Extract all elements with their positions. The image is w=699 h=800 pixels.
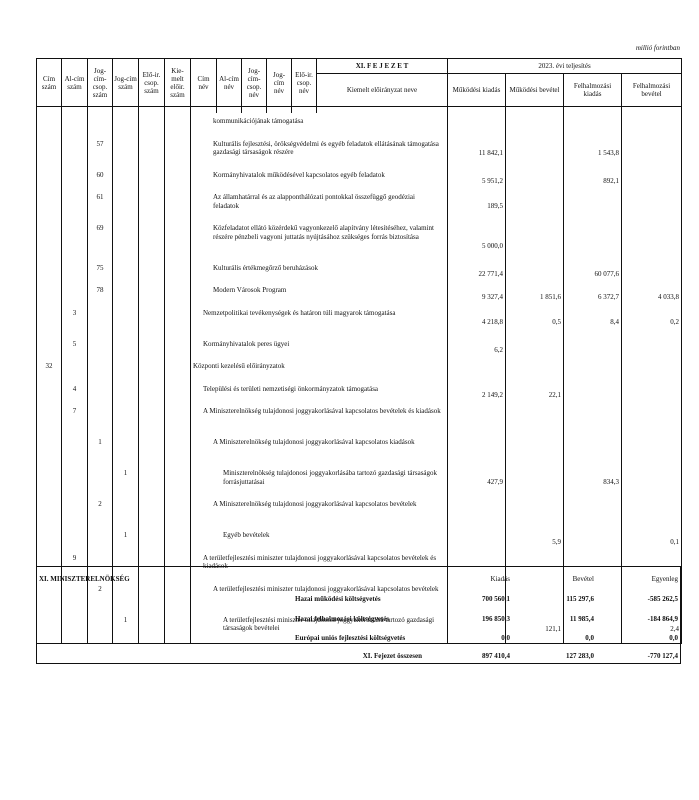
cell-jogcim-szam xyxy=(113,260,139,283)
cell-item-name: Kormányhivatalok peres ügyei xyxy=(191,336,448,359)
cell-felhalmozasi-bevetel: 0,2 xyxy=(622,305,682,336)
cell-mukodesi-kiadas xyxy=(448,403,506,434)
cell-felhalmozasi-bevetel xyxy=(622,358,682,381)
cell-mukodesi-bevetel: 1 851,6 xyxy=(506,282,564,305)
cell-jogcim-szam xyxy=(113,136,139,167)
cell-jogcim-szam xyxy=(113,113,139,136)
cell-kiemelt-szam xyxy=(165,465,191,496)
cell-alcim-szam xyxy=(62,260,88,283)
cell-mukodesi-kiadas xyxy=(448,434,506,465)
cell-mukodesi-kiadas xyxy=(448,358,506,381)
cell-alcim-szam: 4 xyxy=(62,381,88,404)
cell-jogcim-szam xyxy=(113,358,139,381)
col-header-eloircsop-szam: Elő-ir. csop. szám xyxy=(139,59,165,107)
cell-cim-szam xyxy=(37,113,62,136)
cell-eloircsop-szam xyxy=(139,136,165,167)
cell-mukodesi-bevetel xyxy=(506,358,564,381)
table-row: 1A Miniszterelnökség tulajdonosi joggyak… xyxy=(37,434,682,465)
cell-felhalmozasi-bevetel xyxy=(622,260,682,283)
cell-felhalmozasi-bevetel xyxy=(622,167,682,190)
cell-jogcimcsop-szam xyxy=(88,403,113,434)
summary-label: Hazai felhalmozási költségvetés xyxy=(295,615,389,623)
cell-alcim-szam xyxy=(62,136,88,167)
table-row: 5Kormányhivatalok peres ügyei6,2 xyxy=(37,336,682,359)
cell-felhalmozasi-kiadas xyxy=(564,403,622,434)
cell-eloircsop-szam xyxy=(139,527,165,550)
col-header-jogcim-szam: Jog-cím szám xyxy=(113,59,139,107)
cell-felhalmozasi-bevetel xyxy=(622,434,682,465)
col-header-jogcimcsop-nev: Jog-cím-csop. név xyxy=(242,59,267,107)
summary-bevetel: 115 297,6 xyxy=(514,595,594,603)
cell-eloircsop-szam xyxy=(139,305,165,336)
cell-kiemelt-szam xyxy=(165,434,191,465)
table-row: 75Kulturális értékmegőrző beruházások22 … xyxy=(37,260,682,283)
cell-item-name: Miniszterelnökség tulajdonosi joggyakorl… xyxy=(191,465,448,496)
cell-eloircsop-szam xyxy=(139,434,165,465)
cell-mukodesi-bevetel xyxy=(506,260,564,283)
summary-header-egyenleg: Egyenleg xyxy=(598,575,678,583)
cell-alcim-szam xyxy=(62,113,88,136)
cell-item-name: Kulturális fejlesztési, örökségvédelmi é… xyxy=(191,136,448,167)
cell-jogcim-szam xyxy=(113,336,139,359)
col-header-jogcimcsop-szam: Jog-cím-csop. szám xyxy=(88,59,113,107)
col-header-felhalmozasi-bevetel: Felhalmozási bevétel xyxy=(622,74,682,107)
cell-alcim-szam: 7 xyxy=(62,403,88,434)
summary-kiadas: 196 850,3 xyxy=(430,615,510,623)
cell-mukodesi-bevetel xyxy=(506,403,564,434)
summary-total-label: XI. Fejezet összesen xyxy=(363,652,422,660)
cell-felhalmozasi-bevetel xyxy=(622,136,682,167)
cell-item-name: Kormányhivatalok működésével kapcsolatos… xyxy=(191,167,448,190)
cell-cim-szam xyxy=(37,465,62,496)
table-row: 7A Miniszterelnökség tulajdonosi joggyak… xyxy=(37,403,682,434)
cell-jogcim-szam: 1 xyxy=(113,527,139,550)
table-row: 69Közfeladatot ellátó közérdekű vagyonke… xyxy=(37,220,682,260)
cell-cim-szam xyxy=(37,189,62,220)
cell-felhalmozasi-kiadas xyxy=(564,113,622,136)
cell-item-name: A Miniszterelnökség tulajdonosi joggyako… xyxy=(191,496,448,527)
cell-jogcimcsop-szam xyxy=(88,381,113,404)
cell-mukodesi-bevetel: 5,9 xyxy=(506,527,564,550)
cell-felhalmozasi-kiadas: 1 543,8 xyxy=(564,136,622,167)
table-row: 61Az államhatárral és az alapponthálózat… xyxy=(37,189,682,220)
col-header-alcim-szam: Al-cím szám xyxy=(62,59,88,107)
summary-bevetel: 11 985,4 xyxy=(514,615,594,623)
cell-felhalmozasi-bevetel xyxy=(622,113,682,136)
cell-jogcim-szam xyxy=(113,220,139,260)
cell-felhalmozasi-kiadas xyxy=(564,189,622,220)
summary-line: Európai uniós fejlesztési költségvetés 0… xyxy=(37,634,680,644)
cell-felhalmozasi-kiadas: 834,3 xyxy=(564,465,622,496)
summary-label: Európai uniós fejlesztési költségvetés xyxy=(295,634,405,642)
cell-item-name: Települési és területi nemzetiségi önkor… xyxy=(191,381,448,404)
cell-cim-szam xyxy=(37,282,62,305)
cell-jogcimcsop-szam xyxy=(88,358,113,381)
cell-jogcimcsop-szam: 1 xyxy=(88,434,113,465)
table-row: 78Modern Városok Program9 327,41 851,66 … xyxy=(37,282,682,305)
cell-mukodesi-kiadas: 427,9 xyxy=(448,465,506,496)
cell-felhalmozasi-kiadas xyxy=(564,527,622,550)
cell-mukodesi-kiadas xyxy=(448,527,506,550)
cell-kiemelt-szam xyxy=(165,527,191,550)
budget-table: Cím szám Al-cím szám Jog-cím-csop. szám … xyxy=(36,58,682,644)
summary-header-kiadas: Kiadás xyxy=(430,575,510,583)
table-row: 60Kormányhivatalok működésével kapcsolat… xyxy=(37,167,682,190)
cell-mukodesi-bevetel: 22,1 xyxy=(506,381,564,404)
summary-bevetel: 0,0 xyxy=(514,634,594,642)
cell-kiemelt-szam xyxy=(165,189,191,220)
cell-cim-szam xyxy=(37,434,62,465)
cell-item-name: A Miniszterelnökség tulajdonosi joggyako… xyxy=(191,434,448,465)
cell-eloircsop-szam xyxy=(139,189,165,220)
cell-mukodesi-kiadas: 5 000,0 xyxy=(448,220,506,260)
cell-mukodesi-bevetel xyxy=(506,496,564,527)
cell-eloircsop-szam xyxy=(139,282,165,305)
chapter-summary: XI. MINISZTERELNÖKSÉG Kiadás Bevétel Egy… xyxy=(36,566,681,664)
cell-kiemelt-szam xyxy=(165,113,191,136)
cell-alcim-szam xyxy=(62,496,88,527)
table-row: 1Miniszterelnökség tulajdonosi joggyakor… xyxy=(37,465,682,496)
summary-total-bevetel: 127 283,0 xyxy=(514,652,594,660)
cell-felhalmozasi-bevetel xyxy=(622,336,682,359)
col-header-cim-nev: Cím név xyxy=(191,59,217,107)
cell-mukodesi-kiadas: 9 327,4 xyxy=(448,282,506,305)
cell-jogcimcsop-szam xyxy=(88,305,113,336)
cell-alcim-szam xyxy=(62,282,88,305)
cell-eloircsop-szam xyxy=(139,220,165,260)
cell-felhalmozasi-kiadas: 892,1 xyxy=(564,167,622,190)
cell-alcim-szam xyxy=(62,434,88,465)
cell-jogcimcsop-szam: 57 xyxy=(88,136,113,167)
summary-total-kiadas: 897 410,4 xyxy=(430,652,510,660)
cell-mukodesi-kiadas: 5 951,2 xyxy=(448,167,506,190)
cell-cim-szam xyxy=(37,496,62,527)
cell-alcim-szam xyxy=(62,189,88,220)
cell-mukodesi-bevetel xyxy=(506,220,564,260)
cell-mukodesi-kiadas: 6,2 xyxy=(448,336,506,359)
cell-felhalmozasi-bevetel: 4 033,8 xyxy=(622,282,682,305)
table-row: 3Nemzetpolitikai tevékenységek és határo… xyxy=(37,305,682,336)
cell-felhalmozasi-kiadas xyxy=(564,336,622,359)
cell-mukodesi-kiadas xyxy=(448,496,506,527)
cell-eloircsop-szam xyxy=(139,260,165,283)
col-header-kiemelt-szam: Kie-melt előir. szám xyxy=(165,59,191,107)
summary-line: Hazai működési költségvetés 700 560,1 11… xyxy=(37,595,680,605)
cell-alcim-szam xyxy=(62,527,88,550)
cell-alcim-szam xyxy=(62,465,88,496)
cell-mukodesi-bevetel xyxy=(506,113,564,136)
cell-kiemelt-szam xyxy=(165,403,191,434)
summary-egyenleg: -585 262,5 xyxy=(598,595,678,603)
cell-kiemelt-szam xyxy=(165,167,191,190)
cell-felhalmozasi-kiadas: 8,4 xyxy=(564,305,622,336)
cell-jogcim-szam xyxy=(113,282,139,305)
summary-egyenleg: 0,0 xyxy=(598,634,678,642)
cell-mukodesi-kiadas xyxy=(448,113,506,136)
cell-jogcim-szam xyxy=(113,305,139,336)
table-row: 2A Miniszterelnökség tulajdonosi joggyak… xyxy=(37,496,682,527)
col-header-eloircsop-nev: Elő-ir. csop. név xyxy=(292,59,317,107)
cell-alcim-szam xyxy=(62,220,88,260)
cell-cim-szam xyxy=(37,336,62,359)
cell-cim-szam xyxy=(37,167,62,190)
cell-felhalmozasi-bevetel xyxy=(622,381,682,404)
cell-eloircsop-szam xyxy=(139,358,165,381)
cell-eloircsop-szam xyxy=(139,167,165,190)
cell-felhalmozasi-bevetel xyxy=(622,465,682,496)
summary-total: XI. Fejezet összesen 897 410,4 127 283,0… xyxy=(37,652,680,662)
cell-mukodesi-kiadas: 22 771,4 xyxy=(448,260,506,283)
cell-eloircsop-szam xyxy=(139,496,165,527)
cell-cim-szam xyxy=(37,305,62,336)
table-body: kommunikációjának támogatása57Kulturális… xyxy=(37,107,682,644)
cell-jogcimcsop-szam xyxy=(88,336,113,359)
cell-alcim-szam: 3 xyxy=(62,305,88,336)
cell-jogcimcsop-szam: 61 xyxy=(88,189,113,220)
cell-felhalmozasi-kiadas xyxy=(564,358,622,381)
cell-item-name: kommunikációjának támogatása xyxy=(191,113,448,136)
cell-felhalmozasi-kiadas xyxy=(564,381,622,404)
summary-header-bevetel: Bevétel xyxy=(514,575,594,583)
table-row: 57Kulturális fejlesztési, örökségvédelmi… xyxy=(37,136,682,167)
cell-kiemelt-szam xyxy=(165,381,191,404)
cell-cim-szam xyxy=(37,136,62,167)
cell-jogcimcsop-szam xyxy=(88,465,113,496)
table-row: 32Központi kezelésű előirányzatok xyxy=(37,358,682,381)
summary-egyenleg: -184 864,9 xyxy=(598,615,678,623)
cell-kiemelt-szam xyxy=(165,260,191,283)
cell-mukodesi-kiadas: 2 149,2 xyxy=(448,381,506,404)
cell-mukodesi-bevetel xyxy=(506,167,564,190)
cell-mukodesi-kiadas: 11 842,1 xyxy=(448,136,506,167)
cell-kiemelt-szam xyxy=(165,496,191,527)
col-header-alcim-nev: Al-cím név xyxy=(217,59,242,107)
col-header-felhalmozasi-kiadas: Felhalmozási kiadás xyxy=(564,74,622,107)
cell-item-name: Nemzetpolitikai tevékenységek és határon… xyxy=(191,305,448,336)
col-header-name: Kiemelt előirányzat neve xyxy=(317,74,448,107)
year-title: 2023. évi teljesítés xyxy=(448,59,682,74)
cell-kiemelt-szam xyxy=(165,336,191,359)
summary-line: Hazai felhalmozási költségvetés 196 850,… xyxy=(37,615,680,625)
cell-felhalmozasi-kiadas xyxy=(564,220,622,260)
cell-jogcimcsop-szam: 60 xyxy=(88,167,113,190)
cell-eloircsop-szam xyxy=(139,465,165,496)
col-header-jogcim-nev: Jog-cím név xyxy=(267,59,292,107)
cell-jogcim-szam: 1 xyxy=(113,465,139,496)
cell-jogcim-szam xyxy=(113,189,139,220)
cell-jogcim-szam xyxy=(113,496,139,527)
cell-alcim-szam xyxy=(62,358,88,381)
cell-felhalmozasi-kiadas: 60 077,6 xyxy=(564,260,622,283)
cell-alcim-szam xyxy=(62,167,88,190)
cell-felhalmozasi-bevetel: 0,1 xyxy=(622,527,682,550)
cell-cim-szam xyxy=(37,260,62,283)
cell-felhalmozasi-bevetel xyxy=(622,496,682,527)
cell-felhalmozasi-bevetel xyxy=(622,189,682,220)
table-row: kommunikációjának támogatása xyxy=(37,113,682,136)
cell-jogcim-szam xyxy=(113,167,139,190)
cell-item-name: Központi kezelésű előirányzatok xyxy=(191,358,448,381)
cell-mukodesi-bevetel xyxy=(506,336,564,359)
summary-kiadas: 0,0 xyxy=(430,634,510,642)
cell-item-name: A Miniszterelnökség tulajdonosi joggyako… xyxy=(191,403,448,434)
cell-mukodesi-kiadas: 189,5 xyxy=(448,189,506,220)
cell-kiemelt-szam xyxy=(165,220,191,260)
cell-item-name: Az államhatárral és az alapponthálózati … xyxy=(191,189,448,220)
cell-jogcimcsop-szam: 78 xyxy=(88,282,113,305)
cell-felhalmozasi-kiadas xyxy=(564,496,622,527)
cell-jogcim-szam xyxy=(113,381,139,404)
cell-mukodesi-bevetel xyxy=(506,434,564,465)
cell-felhalmozasi-kiadas: 6 372,7 xyxy=(564,282,622,305)
table-row: 1Egyéb bevételek5,90,1 xyxy=(37,527,682,550)
cell-cim-szam xyxy=(37,403,62,434)
cell-jogcimcsop-szam: 75 xyxy=(88,260,113,283)
cell-felhalmozasi-bevetel xyxy=(622,220,682,260)
cell-jogcimcsop-szam xyxy=(88,527,113,550)
cell-cim-szam xyxy=(37,381,62,404)
cell-mukodesi-bevetel xyxy=(506,465,564,496)
summary-kiadas: 700 560,1 xyxy=(430,595,510,603)
cell-kiemelt-szam xyxy=(165,358,191,381)
cell-item-name: Modern Városok Program xyxy=(191,282,448,305)
col-header-mukodesi-bevetel: Működési bevétel xyxy=(506,74,564,107)
cell-felhalmozasi-kiadas xyxy=(564,434,622,465)
cell-jogcimcsop-szam: 69 xyxy=(88,220,113,260)
cell-eloircsop-szam xyxy=(139,403,165,434)
cell-jogcimcsop-szam xyxy=(88,113,113,136)
col-header-mukodesi-kiadas: Működési kiadás xyxy=(448,74,506,107)
cell-jogcim-szam xyxy=(113,403,139,434)
cell-cim-szam xyxy=(37,220,62,260)
cell-item-name: Közfeladatot ellátó közérdekű vagyonkeze… xyxy=(191,220,448,260)
col-header-cim-szam: Cím szám xyxy=(37,59,62,107)
table-row: 4Települési és területi nemzetiségi önko… xyxy=(37,381,682,404)
cell-item-name: Egyéb bevételek xyxy=(191,527,448,550)
cell-alcim-szam: 5 xyxy=(62,336,88,359)
cell-jogcim-szam xyxy=(113,434,139,465)
cell-eloircsop-szam xyxy=(139,113,165,136)
cell-mukodesi-bevetel: 0,5 xyxy=(506,305,564,336)
cell-cim-szam xyxy=(37,527,62,550)
unit-label: millió forintban xyxy=(636,44,680,52)
cell-kiemelt-szam xyxy=(165,305,191,336)
cell-cim-szam: 32 xyxy=(37,358,62,381)
cell-kiemelt-szam xyxy=(165,282,191,305)
summary-total-egyenleg: -770 127,4 xyxy=(598,652,678,660)
cell-eloircsop-szam xyxy=(139,381,165,404)
cell-eloircsop-szam xyxy=(139,336,165,359)
cell-kiemelt-szam xyxy=(165,136,191,167)
summary-label: Hazai működési költségvetés xyxy=(295,595,381,603)
cell-mukodesi-kiadas: 4 218,8 xyxy=(448,305,506,336)
cell-mukodesi-bevetel xyxy=(506,189,564,220)
cell-felhalmozasi-bevetel xyxy=(622,403,682,434)
cell-mukodesi-bevetel xyxy=(506,136,564,167)
cell-jogcimcsop-szam: 2 xyxy=(88,496,113,527)
chapter-title: XI. F E J E Z E T xyxy=(317,59,448,74)
cell-item-name: Kulturális értékmegőrző beruházások xyxy=(191,260,448,283)
